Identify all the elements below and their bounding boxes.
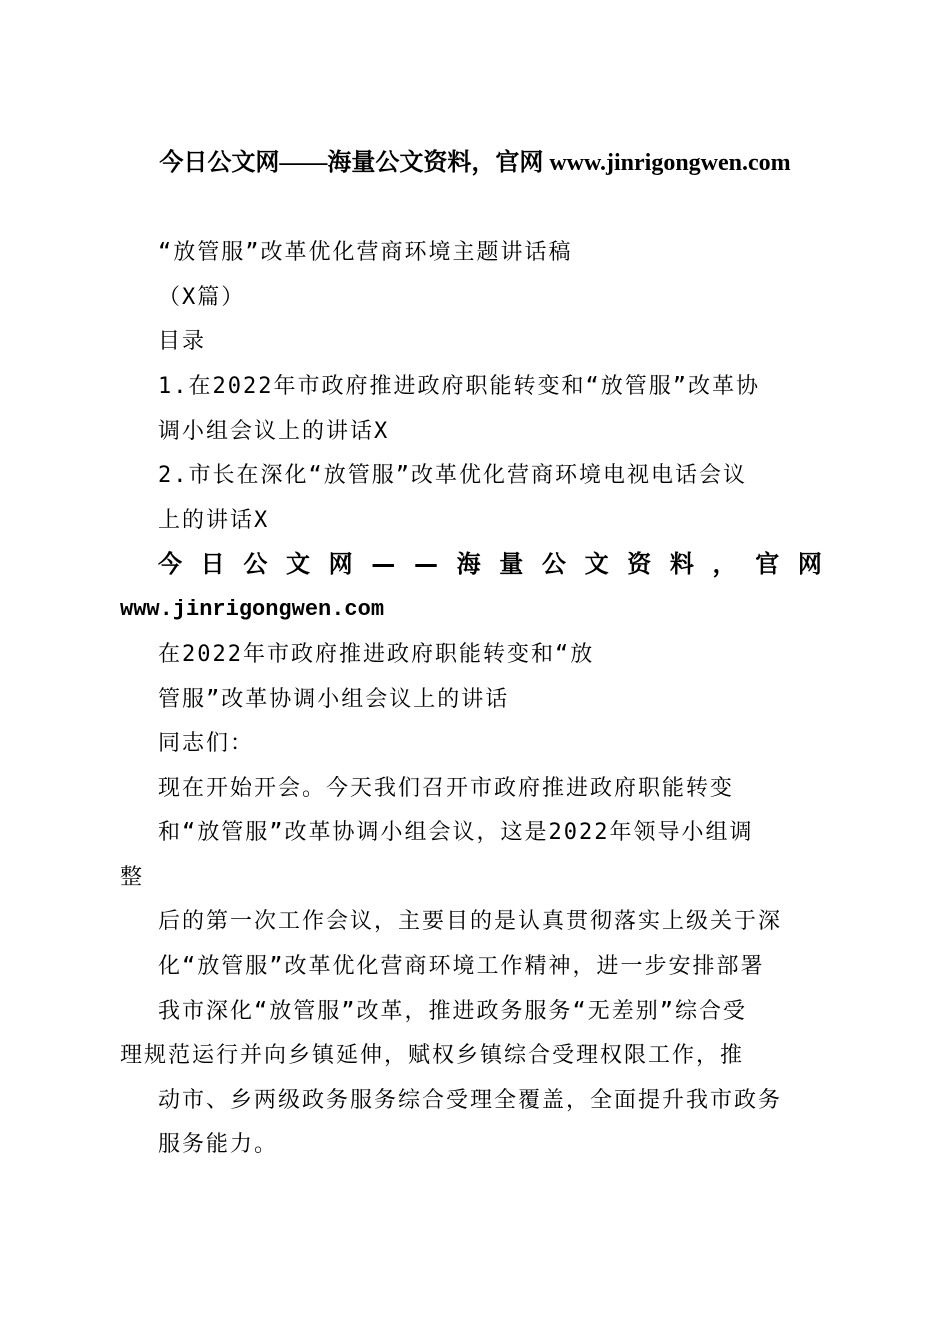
watermark-char: 料	[670, 548, 694, 580]
body-line: 整	[120, 863, 144, 893]
toc-item-2-line1: 2.市长在深化“放管服”改革优化营商环境电视电话会议	[158, 461, 747, 491]
document-subtitle: （X篇）	[158, 283, 245, 313]
watermark-char: 量	[499, 548, 523, 580]
body-line: 和“放管服”改革协调小组会议，这是2022年领导小组调	[158, 818, 753, 848]
watermark-char: 公	[243, 548, 267, 580]
watermark-char: —	[414, 548, 438, 580]
watermark-char: 文	[286, 548, 310, 580]
body-line: 后的第一次工作会议，主要目的是认真贯彻落实上级关于深	[158, 907, 782, 937]
toc-item-2-line2: 上的讲话X	[158, 506, 269, 536]
toc-item-1-line2: 调小组会议上的讲话X	[158, 417, 389, 447]
watermark-char: 网	[798, 548, 822, 580]
watermark-char: 网	[329, 548, 353, 580]
body-line: 理规范运行并向乡镇延伸，赋权乡镇综合受理权限工作，推	[120, 1041, 744, 1071]
salutation: 同志们：	[158, 729, 254, 759]
body-line: 服务能力。	[158, 1130, 278, 1160]
body-line: 现在开始开会。今天我们召开市政府推进政府职能转变	[158, 774, 734, 804]
document-title: “放管服”改革优化营商环境主题讲话稿	[158, 238, 573, 268]
speech-title-line2: 管服”改革协调小组会议上的讲话	[158, 685, 509, 715]
watermark-char: 文	[585, 548, 609, 580]
toc-label: 目录	[158, 327, 206, 357]
watermark-char: 今	[158, 548, 182, 580]
document-page: 今日公文网——海量公文资料，官网 www.jinrigongwen.com “放…	[0, 0, 950, 1344]
watermark-char: —	[371, 548, 395, 580]
body-line: 化“放管服”改革优化营商环境工作精神，进一步安排部署	[158, 952, 765, 982]
speech-title-line1: 在2022年市政府推进政府职能转变和“放	[158, 640, 594, 670]
body-line: 动市、乡两级政务服务综合受理全覆盖，全面提升我市政务	[158, 1086, 782, 1116]
watermark-char: ，	[713, 548, 737, 580]
watermark-url: www.jinrigongwen.com	[120, 595, 384, 625]
body-line: 我市深化“放管服”改革，推进政务服务“无差别”综合受	[158, 997, 747, 1027]
toc-item-1-line1: 1.在2022年市政府推进政府职能转变和“放管服”改革协	[158, 372, 760, 402]
watermark-char: 海	[457, 548, 481, 580]
watermark-banner: 今 日 公 文 网 — — 海 量 公 文 资 料 ， 官 网	[158, 548, 822, 580]
site-header: 今日公文网——海量公文资料，官网 www.jinrigongwen.com	[0, 146, 950, 180]
watermark-char: 日	[201, 548, 225, 580]
watermark-char: 官	[755, 548, 779, 580]
watermark-char: 公	[542, 548, 566, 580]
watermark-char: 资	[627, 548, 651, 580]
